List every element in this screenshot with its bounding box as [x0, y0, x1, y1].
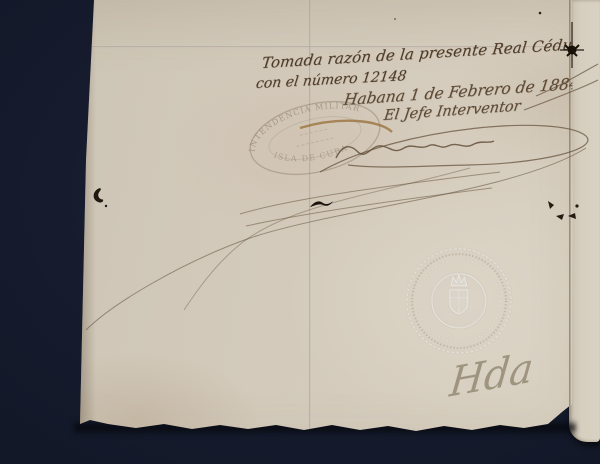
embossed-seal — [402, 244, 516, 358]
stamp-center-lines — [294, 128, 335, 147]
seal-graphic — [402, 244, 516, 358]
paper-left-edge-shade — [80, 0, 96, 430]
stamp-bottom-text: ISLA DE CUBA — [271, 135, 350, 172]
manuscript-paper: INTENDENCIA MILITAR ISLA DE CUBA Tomada — [0, 0, 600, 464]
seal-crown — [451, 275, 467, 286]
stamp-bottom-arc-path — [260, 121, 377, 172]
document-photograph: INTENDENCIA MILITAR ISLA DE CUBA Tomada — [0, 0, 600, 464]
adjacent-page-strip — [569, 0, 600, 442]
right-fold-seam — [569, 0, 571, 432]
